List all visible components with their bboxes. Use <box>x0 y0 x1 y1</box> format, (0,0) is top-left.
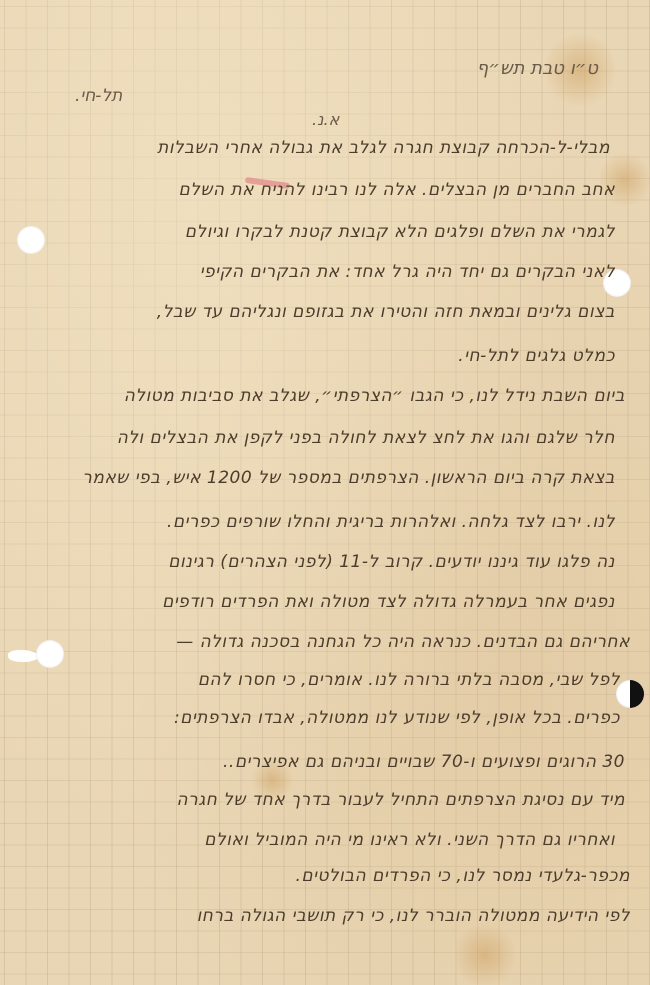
text-line: כמלט גלגים לתל-חי. <box>458 346 615 366</box>
text-line: לפל שבי, מסבה בלתי ברורה לנו. אומרים, כי… <box>198 670 620 690</box>
punch-hole <box>17 226 45 254</box>
paper-tear <box>8 650 38 662</box>
text-line: מיד עם נסיגת הצרפתים התחיל לעבור בדרך אח… <box>177 790 625 810</box>
punch-hole <box>36 640 64 668</box>
text-line: כפרים. בכל אופן, לפי שנודע לנו ממטולה, א… <box>174 708 620 728</box>
text-line: אחריהם גם הבדנים. כנראה היה כל הגחנה בסכ… <box>176 632 630 652</box>
text-line: מכפר-גלעדי נמסר לנו, כי הפרדים הבולטים. <box>296 866 631 886</box>
letter-date: ט״ו טבת תש״ף <box>477 58 598 79</box>
letter-place: תל-חי. <box>75 86 122 106</box>
punch-hole <box>616 680 644 708</box>
paper-stain <box>455 920 515 985</box>
text-line: 30 הרוגים ופצועים ו-70 שבויים ובניהם גם … <box>223 752 625 772</box>
salutation: א.נ. <box>312 110 339 129</box>
text-line: חלר שלגם והגו את לחצ לצאת לחולה בפני לקפ… <box>117 428 615 448</box>
letter-page: ט״ו טבת תש״ף תל-חי. א.נ. מבלי-ל-הכרחה קב… <box>0 0 650 985</box>
text-line: לגמרי את השלם ופלגים הלא קבוצת קטנת לבקר… <box>185 222 615 242</box>
text-line: בצום גלינים ובמאת חזה והטירו את בגזופם ו… <box>157 302 615 322</box>
text-line: מבלי-ל-הכרחה קבוצת חגרה לגלב את גבולה אח… <box>157 138 610 158</box>
text-line: אחב החברים מן הבצלים. אלה לנו רבינו להני… <box>178 180 615 200</box>
text-line: לנו. ירבו לצד גלחה. ואלהרות בריגית והחלו… <box>167 512 615 532</box>
text-line: לאני הבקרים גם יחד היה גרל אחד: את הבקרי… <box>200 262 615 282</box>
text-line: ביום השבת נידל לנו, כי הגבו ״הצרפתי״, שג… <box>124 386 625 406</box>
text-line: ואחריו גם הדרך השני. ולא ראינו מי היה המ… <box>204 830 615 850</box>
text-line: נה פלגו עוד גיננו יודעים. קרוב ל-11 (לפנ… <box>168 552 615 572</box>
text-line: בצאת קרה ביום הראשון. הצרפתים במספר של 1… <box>82 468 615 488</box>
text-line: נפגים אחר בעמרלה גדולה לצד מטולה ואת הפר… <box>162 592 615 612</box>
text-line: לפי הידיעה ממטולה הוברר לנו, כי רק תושבי… <box>197 906 630 926</box>
